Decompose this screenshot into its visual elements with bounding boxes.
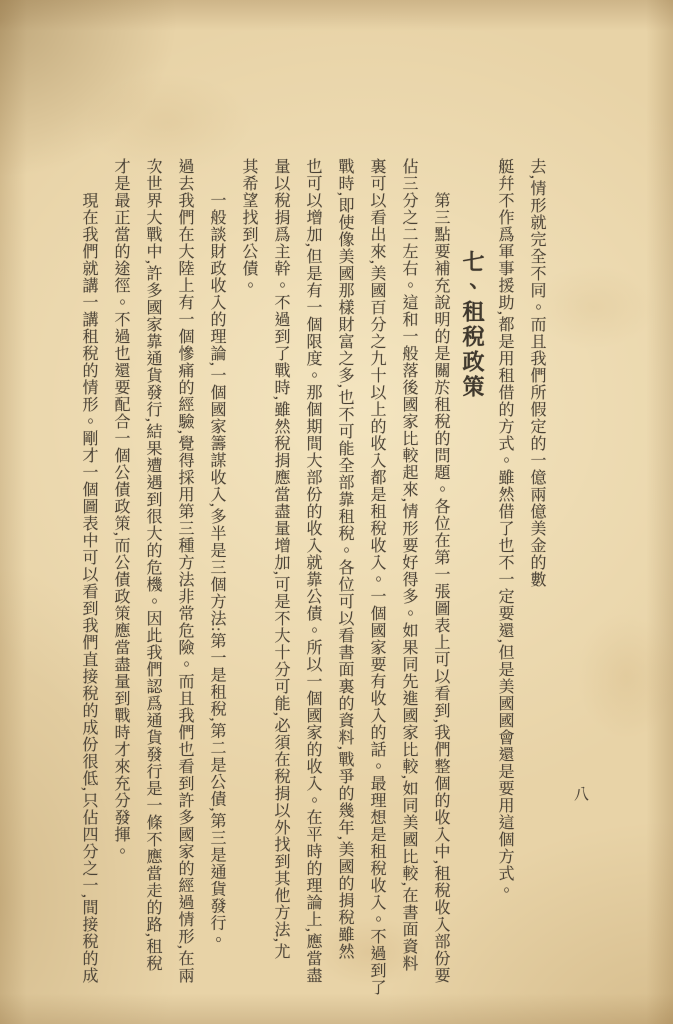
text-column: 次世界大戰中,許多國家靠通貨發行,結果遭遇到很大的危機。因此我們認爲通貨發行是一…: [136, 158, 168, 1010]
text-column: 量以稅捐爲主幹。不過到了戰時,雖然稅捐應當盡量增加,可是不大十分可能,必須在稅捐…: [264, 158, 296, 1010]
section-heading: 七、租稅政策: [456, 158, 488, 1010]
text-column: 去,情形就完全不同。而且我們所假定的一億兩億美金的數: [520, 158, 552, 1010]
text-column: 第三點要補充說明的是關於租稅的問題。各位在第一張圖表上可以看到,我們整個的收入中…: [424, 158, 456, 1010]
text-column: 戰時,即使像美國那樣財富之多,也不可能全部靠租稅。各位可以看書面裏的資料,戰爭的…: [328, 158, 360, 1010]
vertical-text-block: 去,情形就完全不同。而且我們所假定的一億兩億美金的數 艇幷不作爲軍事援助,都是用…: [72, 158, 552, 1010]
text-column: 其希望找到公債。: [232, 158, 264, 1010]
text-column: 艇幷不作爲軍事援助,都是用租借的方式。雖然借了也不一定要還,但是美國國會還是要用…: [488, 158, 520, 1010]
text-column: 佔三分之二左右。這和一般落後國家比較起來,情形要好得多。如果同先進國家比較,如同…: [392, 158, 424, 1010]
text-column: 一般談財政收入的理論,一個國家籌謀收入,多半是三個方法:第一是租稅,第二是公債,…: [200, 158, 232, 1010]
scanned-book-page: 去,情形就完全不同。而且我們所假定的一億兩億美金的數 艇幷不作爲軍事援助,都是用…: [0, 0, 673, 1024]
text-column: 才是最正當的途徑。不過也還要配合一個公債政策,而公債政策應當盡量到戰時才來充分發…: [104, 158, 136, 1010]
page-number: 八: [570, 786, 591, 801]
text-column: 現在我們就講一講租稅的情形。剛才一個圖表中可以看到我們直接稅的成份很低,只佔四分…: [72, 158, 104, 1010]
text-column: 也可以增加,但是有一個限度。那個期間大部份的收入就靠公債。所以一個國家的收入。在…: [296, 158, 328, 1010]
text-column: 裏可以看出來,美國百分之九十以上的收入都是租稅收入。一個國家要有收入的話。最理想…: [360, 158, 392, 1010]
text-column: 過去我們在大陸上有一個慘痛的經驗,覺得採用第三種方法非常危險。而且我們也看到許多…: [168, 158, 200, 1010]
